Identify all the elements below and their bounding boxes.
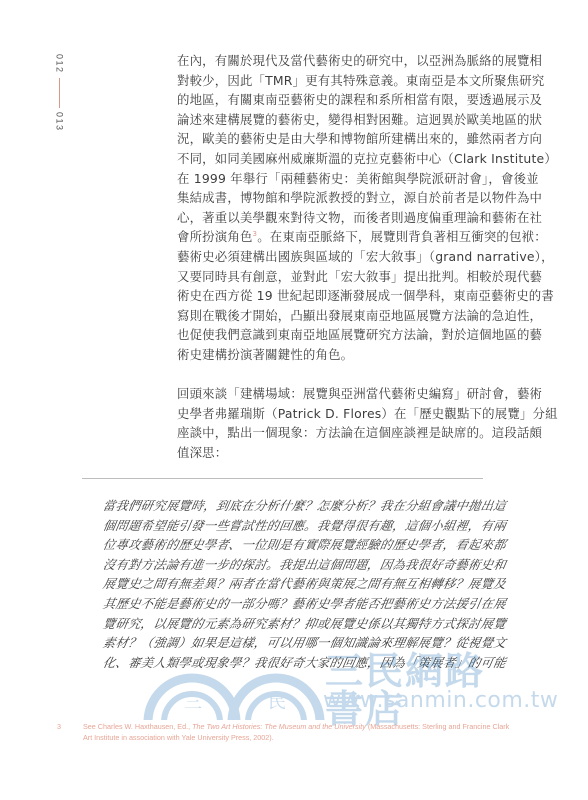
footnote-text-after: (Massachusetts: Sterling and Francine Cl… <box>366 722 509 731</box>
text-line: 值深思： <box>177 443 510 463</box>
folio-rule <box>59 78 60 108</box>
page-folio: 012 013 <box>53 54 65 131</box>
watermark-url: www.sanmin.com.tw <box>323 690 558 712</box>
quote-line: 覽研究，以展覽的元素為研究素材？抑或展覽史係以其獨特方式探討展覽 <box>101 614 431 634</box>
text-line: 在 1999 年舉行「兩種藝術史：美術館與學院派研討會」，會後並 <box>177 169 510 189</box>
footnote-text: See Charles W. Haxthausen, Ed., The Two … <box>83 721 538 743</box>
text-line: 也促使我們意識到東南亞地區展覽研究方法論，對於這個地區的藝 <box>177 325 510 345</box>
text-line: 藝術史必須建構出國族與區域的「宏大敘事」（grand narrative）， <box>177 247 510 267</box>
text-line: 不同，如同美國麻州威廉斯溫的克拉克藝術中心（Clark Institute） <box>177 149 510 169</box>
text-line: 座談中，點出一個現象：方法論在這個座談裡是缺席的。這段話頗 <box>177 423 510 443</box>
paragraph-2: 回頭來談「建構場域：展覽與亞洲當代藝術史編寫」研討會，藝術 史學者弗羅瑞斯（Pa… <box>177 384 510 462</box>
block-quote: 當我們研究展覽時，到底在分析什麼？怎麼分析？我在分組會議中拋出這 個問題希望能引… <box>103 496 430 672</box>
text-line: 回頭來談「建構場域：展覽與亞洲當代藝術史編寫」研討會，藝術 <box>177 384 510 404</box>
text-segment: 。在東南亞脈絡下，展覽則背負著相互衝突的包袱： <box>257 229 547 244</box>
text-line: 對較少，因此「TMR」更有其特殊意義。東南亞是本文所聚焦研究 <box>177 71 510 91</box>
text-line: 心，著重以美學觀來對待文物，而後者則過度偏重理論和藝術在社 <box>177 208 510 228</box>
quote-line: 化、審美人類學或現象學？我很好奇大家的回應，因為「策展者」的可能 <box>101 653 431 673</box>
footnote-text-before: See Charles W. Haxthausen, Ed., <box>83 722 192 731</box>
text-line: 在內，有關於現代及當代藝術史的研究中，以亞洲為脈絡的展覽相 <box>177 51 510 71</box>
paragraph-1: 在內，有關於現代及當代藝術史的研究中，以亞洲為脈絡的展覽相 對較少，因此「TMR… <box>177 51 510 365</box>
body-text: 在內，有關於現代及當代藝術史的研究中，以亞洲為脈絡的展覽相 對較少，因此「TMR… <box>177 51 510 482</box>
section-divider <box>82 478 483 479</box>
footnote-line-2: Art Institute in association with Yale U… <box>83 733 274 742</box>
text-line: 術史在西方從 19 世紀起即逐漸發展成一個學科，東南亞藝術史的書 <box>177 286 510 306</box>
quote-line: 個問題希望能引發一些嘗試性的回應。我覺得很有趣，這個小組裡，有兩 <box>101 516 431 536</box>
text-line: 況，歐美的藝術史是由大學和博物館所建構出來的，雖然兩者方向 <box>177 129 510 149</box>
quote-line: 當我們研究展覽時，到底在分析什麼？怎麼分析？我在分組會議中拋出這 <box>101 496 431 516</box>
quote-line: 位專攻藝術的歷史學者、一位則是有實際展覽經驗的歷史學者，看起來都 <box>101 535 431 555</box>
book-page: 012 013 在內，有關於現代及當代藝術史的研究中，以亞洲為脈絡的展覽相 對較… <box>0 0 588 800</box>
text-line: 論述來建構展覽的藝術史，變得相對困難。這迥異於歐美地區的狀 <box>177 110 510 130</box>
footnote-book-title: The Two Art Histories: The Museum and th… <box>192 722 366 731</box>
text-line: 集結成書，博物館和學院派教授的對立，源自於前者是以物件為中 <box>177 188 510 208</box>
watermark-char: 三 <box>184 688 202 714</box>
quote-line: 其歷史不能是藝術史的一部分嗎？藝術史學者能否把藝術史方法援引在展 <box>101 594 431 614</box>
text-line: 術史建構扮演著關鍵性的角色。 <box>177 345 510 365</box>
text-segment: 會所扮演角色 <box>177 229 253 244</box>
quote-line: 素材？（強調）如果是這樣，可以用哪一個知識論來理解展覽？從視覺文 <box>101 633 431 653</box>
quote-line: 展覽史之間有無差異？兩者在當代藝術與策展之間有無互相轉移？展覽及 <box>101 574 431 594</box>
left-page-number: 012 <box>55 54 64 74</box>
text-line: 史學者弗羅瑞斯（Patrick D. Flores）在「歷史觀點下的展覽」分組 <box>177 404 510 424</box>
text-line-with-note: 會所扮演角色3。在東南亞脈絡下，展覽則背負著相互衝突的包袱： <box>177 227 510 247</box>
text-line: 又要同時具有創意，並對此「宏大敘事」提出批判。相較於現代藝 <box>177 267 510 287</box>
text-line: 的地區，有關東南亞藝術史的課程和系所相當有限，要透過展示及 <box>177 90 510 110</box>
right-page-number: 013 <box>55 112 64 132</box>
text-line: 寫則在戰後才開始，凸顯出發展東南亞地區展覽方法論的急迫性， <box>177 306 510 326</box>
watermark-char: 民 <box>268 688 286 714</box>
quote-line: 沒有對方法論有進一步的探討。我提出這個問題，因為我很好奇藝術史和 <box>101 555 431 575</box>
footnote-number: 3 <box>57 721 61 732</box>
